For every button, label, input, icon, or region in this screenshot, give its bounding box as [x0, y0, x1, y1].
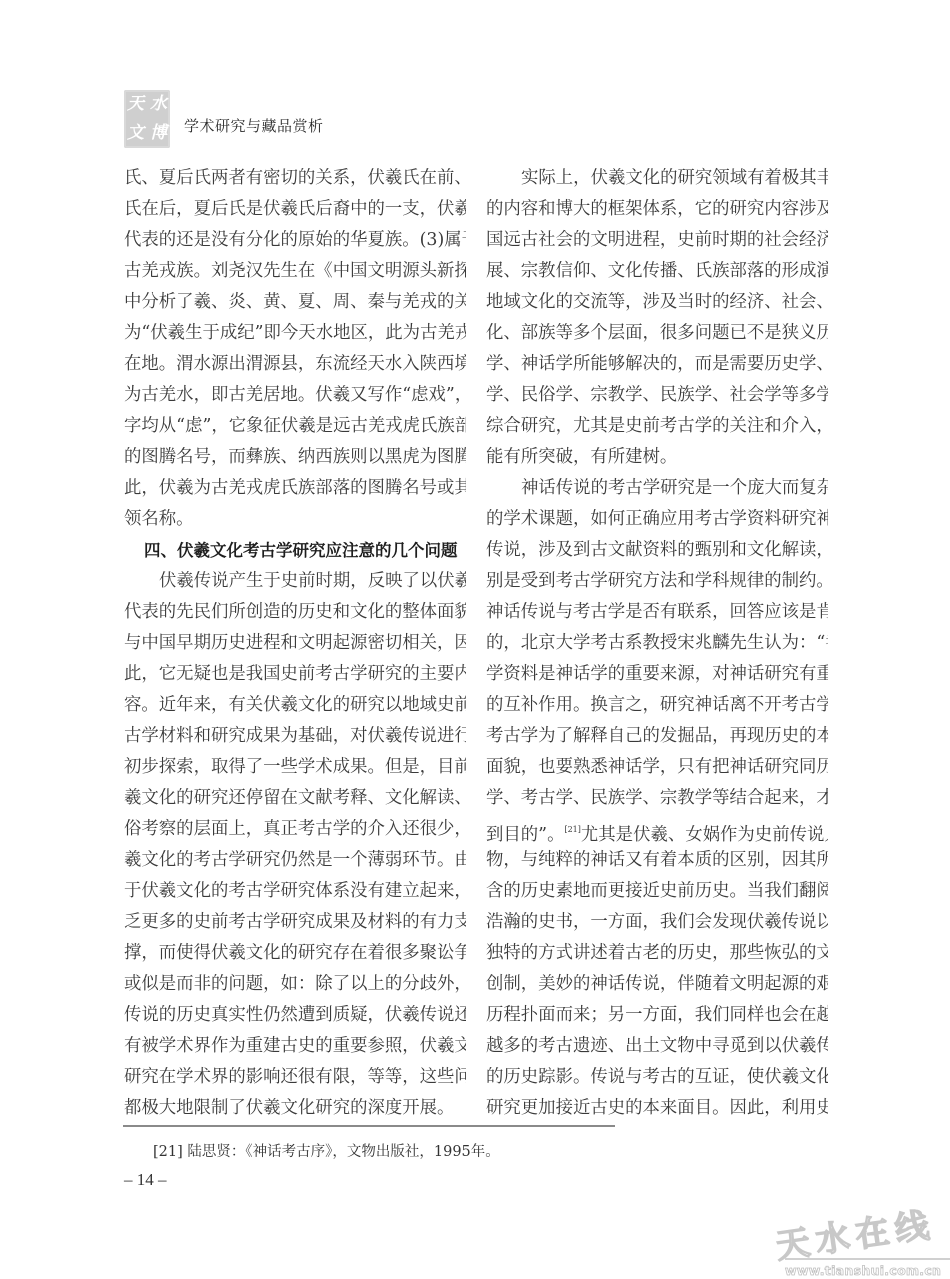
text-line: 传说的历史真实性仍然遭到质疑，伏羲传说还没 [124, 1000, 466, 1031]
text-line: 考古学为了解释自己的发掘品，再现历史的本来 [486, 721, 828, 752]
text-line: 古羌戎族。刘尧汉先生在《中国文明源头新探》 [124, 256, 466, 287]
text-line: 越多的考古遗迹、出土文物中寻觅到以伏羲传说 [486, 1031, 828, 1062]
text-line: 初步探索，取得了一些学术成果。但是，目前伏 [124, 752, 466, 783]
text-line: 与中国早期历史进程和文明起源密切相关，因 [124, 628, 466, 659]
logo-char: 文 [127, 125, 144, 142]
footnote-divider [123, 1125, 615, 1127]
watermark: 天水在线 www.tianshui.com.cn [775, 1208, 950, 1278]
text-line: 代表的还是没有分化的原始的华夏族。(3)属于 [124, 225, 466, 256]
text-line: 创制，美妙的神话传说，伴随着文明起源的艰难 [486, 969, 828, 1000]
text-line: 浩瀚的史书，一方面，我们会发现伏羲传说以其 [486, 907, 828, 938]
text-line: 氏、夏后氏两者有密切的关系，伏羲氏在前、夏后 [124, 163, 466, 194]
text-line: 撑，而使得伏羲文化的研究存在着很多聚讼争议 [124, 938, 466, 969]
text-line: 物，与纯粹的神话又有着本质的区别，因其所包 [486, 845, 828, 876]
text-line: 俗考察的层面上，真正考古学的介入还很少，伏 [124, 814, 466, 845]
text-line-with-reference: 到目的”。[21]尤其是伏羲、女娲作为史前传说人 [486, 814, 828, 845]
text-line: 或似是而非的问题，如：除了以上的分歧外，伏羲 [124, 969, 466, 1000]
logo-char: 博 [150, 125, 167, 142]
text-line: 独特的方式讲述着古老的历史，那些恢弘的文化 [486, 938, 828, 969]
text-line: 氏在后，夏后氏是伏羲氏后裔中的一支，伏羲氏 [124, 194, 466, 225]
footnote: [21] 陆思贤：《神话考古序》，文物出版社，1995年。 [153, 1140, 500, 1161]
text-line: 的，北京大学考古系教授宋兆麟先生认为：“考古 [486, 628, 828, 659]
text-fragment: 到目的”。 [486, 825, 564, 845]
text-line: 实际上，伏羲文化的研究领域有着极其丰富 [486, 163, 828, 194]
text-line: 别是受到考古学研究方法和学科规律的制约。 [486, 566, 828, 597]
journal-logo: 天 水 文 博 [124, 90, 170, 148]
text-line: 面貌，也要熟悉神话学，只有把神话研究同历史 [486, 752, 828, 783]
text-line: 含的历史素地而更接近史前历史。当我们翻阅 [486, 876, 828, 907]
text-line: 综合研究，尤其是史前考古学的关注和介入，才 [486, 411, 828, 442]
text-line: 传说，涉及到古文献资料的甄别和文化解读，特 [486, 535, 828, 566]
text-line: 展、宗教信仰、文化传播、氏族部落的形成演变、 [486, 256, 828, 287]
text-line: 的历史踪影。传说与考古的互证，使伏羲文化的 [486, 1062, 828, 1093]
text-line: 学、考古学、民族学、宗教学等结合起来，才能达 [486, 783, 828, 814]
text-line: 容。近年来，有关伏羲文化的研究以地域史前考 [124, 690, 466, 721]
left-column: 氏、夏后氏两者有密切的关系，伏羲氏在前、夏后 氏在后，夏后氏是伏羲氏后裔中的一支… [124, 163, 466, 1124]
text-line: 此，它无疑也是我国史前考古学研究的主要内 [124, 659, 466, 690]
text-line: 神话传说的考古学研究是一个庞大而复杂 [486, 473, 828, 504]
logo-char: 天 [127, 96, 144, 113]
text-line: 的内容和博大的框架体系，它的研究内容涉及我 [486, 194, 828, 225]
text-line: 在地。渭水源出渭源县，东流经天水入陕西境， [124, 349, 466, 380]
text-line: 于伏羲文化的考古学研究体系没有建立起来，缺 [124, 876, 466, 907]
watermark-underline [785, 1258, 950, 1260]
text-fragment: 尤其是伏羲、女娲作为史前传说人 [581, 825, 828, 845]
text-line: 此，伏羲为古羌戎虎氏族部落的图腾名号或其首 [124, 473, 466, 504]
text-line: 乏更多的史前考古学研究成果及材料的有力支 [124, 907, 466, 938]
text-line: 的互补作用。换言之，研究神话离不开考古学， [486, 690, 828, 721]
text-line: 古学材料和研究成果为基础，对伏羲传说进行了 [124, 721, 466, 752]
text-line: 为“伏羲生于成纪”即今天水地区，此为古羌戎所 [124, 318, 466, 349]
section-heading: 四、伏羲文化考古学研究应注意的几个问题 [124, 535, 466, 566]
text-line: 学、神话学所能够解决的，而是需要历史学、考古 [486, 349, 828, 380]
text-line: 国远古社会的文明进程，史前时期的社会经济发 [486, 225, 828, 256]
text-line: 代表的先民们所创造的历史和文化的整体面貌， [124, 597, 466, 628]
text-line: 化、部族等多个层面，很多问题已不是狭义历史 [486, 318, 828, 349]
text-line: 中分析了羲、炎、黄、夏、周、秦与羌戎的关系，认 [124, 287, 466, 318]
text-line: 神话传说与考古学是否有联系，回答应该是肯定 [486, 597, 828, 628]
text-line: 有被学术界作为重建古史的重要参照，伏羲文化 [124, 1031, 466, 1062]
text-line: 学、民俗学、宗教学、民族学、社会学等多学科的 [486, 380, 828, 411]
text-line: 的学术课题，如何正确应用考古学资料研究神话 [486, 504, 828, 535]
text-line: 研究在学术界的影响还很有限，等等，这些问题 [124, 1062, 466, 1093]
text-line: 学资料是神话学的重要来源，对神话研究有重要 [486, 659, 828, 690]
text-line: 历程扑面而来；另一方面，我们同样也会在越来 [486, 1000, 828, 1031]
text-line: 羲文化的研究还停留在文献考释、文化解读、民 [124, 783, 466, 814]
text-line: 领名称。 [124, 504, 466, 535]
text-line: 的图腾名号，而彝族、纳西族则以黑虎为图腾，因 [124, 442, 466, 473]
footnote-reference-marker[interactable]: [21] [564, 825, 580, 834]
right-column: 实际上，伏羲文化的研究领域有着极其丰富 的内容和博大的框架体系，它的研究内容涉及… [486, 163, 828, 1124]
text-line: 地域文化的交流等，涉及当时的经济、社会、文 [486, 287, 828, 318]
text-line: 研究更加接近古史的本来面目。因此，利用史前 [486, 1093, 828, 1124]
text-line: 羲文化的考古学研究仍然是一个薄弱环节。由 [124, 845, 466, 876]
text-line: 伏羲传说产生于史前时期，反映了以伏羲为 [124, 566, 466, 597]
text-line: 字均从“虑”，它象征伏羲是远古羌戎虎氏族部落 [124, 411, 466, 442]
text-line: 为古羌水，即古羌居地。伏羲又写作“虑戏”，二 [124, 380, 466, 411]
running-header-title: 学术研究与藏品赏析 [184, 115, 324, 136]
page-number: – 14 – [124, 1170, 167, 1190]
text-line: 能有所突破，有所建树。 [486, 442, 828, 473]
watermark-url: www.tianshui.com.cn [785, 1263, 941, 1278]
logo-char: 水 [150, 96, 167, 113]
text-line: 都极大地限制了伏羲文化研究的深度开展。 [124, 1093, 466, 1124]
